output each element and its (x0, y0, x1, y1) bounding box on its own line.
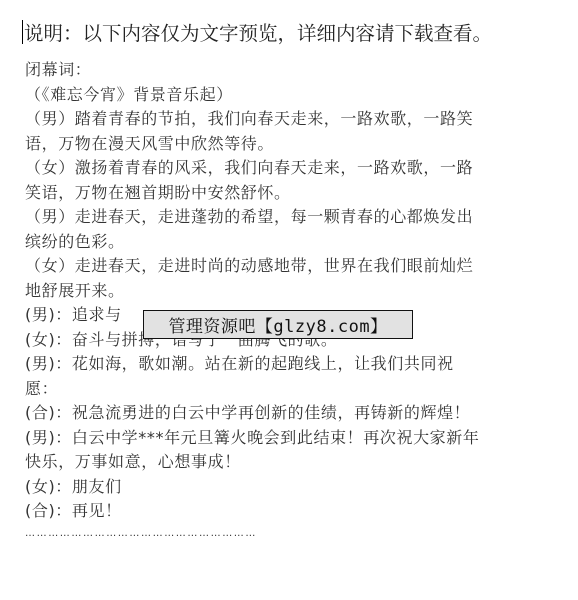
document-line: （女）走进春天，走进时尚的动感地带，世界在我们眼前灿烂 (25, 254, 545, 279)
document-heading: 闭幕词： (25, 58, 545, 83)
document-line: 快乐，万事如意，心想事成！ (25, 450, 545, 475)
preview-notice: 说明：以下内容仅为文字预览，详细内容请下载查看。 (22, 18, 492, 46)
document-line: (合)：祝急流勇进的白云中学再创新的佳绩，再铸新的辉煌！ (25, 401, 545, 426)
document-line: （男）踏着青春的节拍，我们向春天走来，一路欢歌，一路笑 (25, 107, 545, 132)
document-body: 闭幕词： （《难忘今宵》背景音乐起） （男）踏着青春的节拍，我们向春天走来，一路… (25, 58, 545, 541)
text-cursor (22, 20, 23, 44)
document-line: (女)：朋友们 (25, 475, 545, 500)
document-line: （《难忘今宵》背景音乐起） (25, 83, 545, 108)
ellipsis-divider: …………………………………………………… (25, 527, 545, 541)
document-line: （女）激扬着青春的风采，我们向春天走来，一路欢歌，一路 (25, 156, 545, 181)
watermark-banner: 管理资源吧【glzy8.com】 (143, 310, 413, 339)
document-line: 地舒展开来。 (25, 279, 545, 304)
document-line: 愿： (25, 377, 545, 402)
document-line: (男)：白云中学***年元旦篝火晚会到此结束！再次祝大家新年 (25, 426, 545, 451)
document-line: （男）走进春天，走进蓬勃的希望，每一颗青春的心都焕发出 (25, 205, 545, 230)
document-line: 笑语，万物在翘首期盼中安然舒怀。 (25, 181, 545, 206)
document-line: 语，万物在漫天风雪中欣然等待。 (25, 132, 545, 157)
document-line: (合)：再见！ (25, 499, 545, 524)
document-line: 缤纷的色彩。 (25, 230, 545, 255)
preview-notice-text: 说明：以下内容仅为文字预览，详细内容请下载查看。 (24, 18, 492, 46)
document-line: (男)：花如海，歌如潮。站在新的起跑线上，让我们共同祝 (25, 352, 545, 377)
